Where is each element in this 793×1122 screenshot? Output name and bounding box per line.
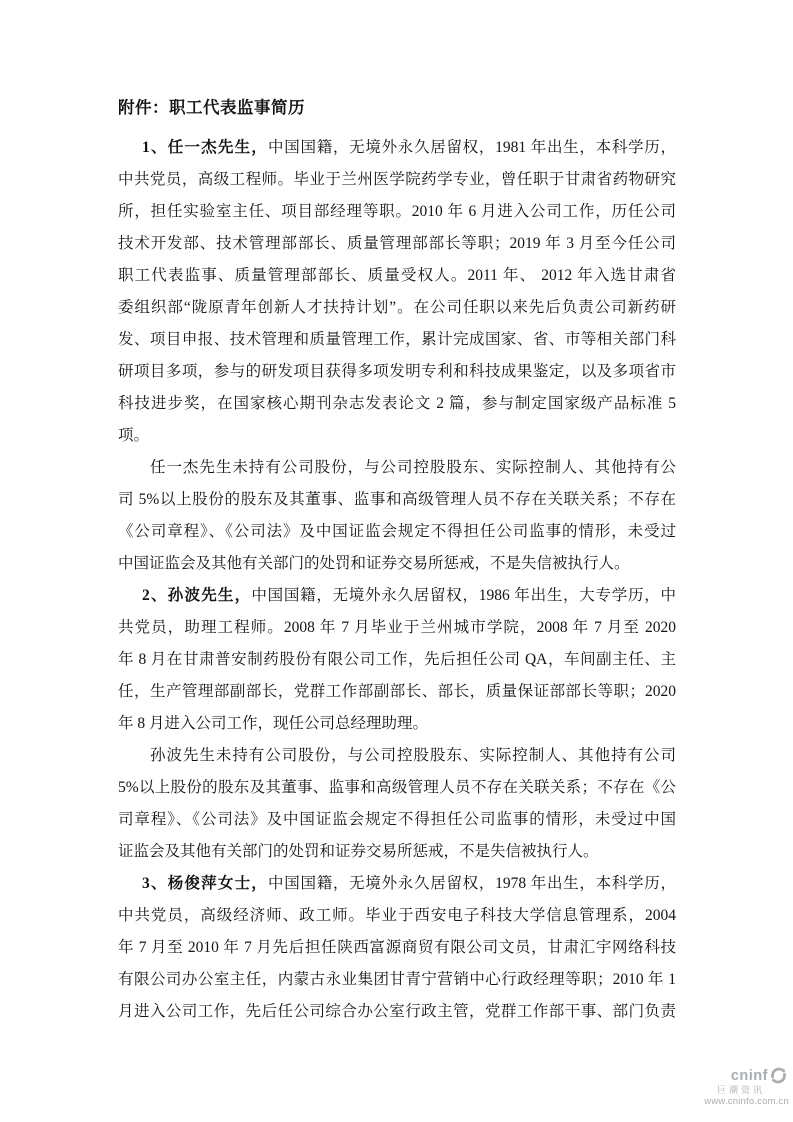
paragraph: 1、任一杰先生，中国国籍，无境外永久居留权，1981 年出生，本科学历，中共党员… [118,132,676,452]
cninfo-brand-name: 巨潮资讯 [717,1085,765,1096]
text-line: 《公司章程》、《公司法》及中国证监会规定不得担任公司监事的情形，未受过 [118,516,676,548]
text-line: 发、项目申报、技术管理和质量管理工作，累计完成国家、省、市等相关部门科 [118,324,676,356]
text-line: 中共党员，高级经济师、政工师。毕业于西安电子科技大学信息管理系，2004 [118,900,676,932]
title-gap [118,124,676,132]
text-line: 所，担任实验室主任、项目部经理等职。2010 年 6 月进入公司工作，历任公司 [118,196,676,228]
text-line: 司 5%以上股份的股东及其董事、监事和高级管理人员不存在关联关系；不存在 [118,484,676,516]
document-content: 附件：职工代表监事简历 1、任一杰先生，中国国籍，无境外永久居留权，1981 年… [118,92,676,1028]
person-name-lead: 3、杨俊萍女士， [142,875,268,892]
text-line: 任一杰先生未持有公司股份，与公司控股股东、实际控制人、其他持有公 [118,452,676,484]
text-line: 科技进步奖，在国家核心期刊杂志发表论文 2 篇，参与制定国家级产品标准 5 [118,388,676,420]
text-line: 委组织部“陇原青年创新人才扶持计划”。在公司任职以来先后负责公司新药研 [118,292,676,324]
text-line: 共党员，助理工程师。2008 年 7 月毕业于兰州城市学院，2008 年 7 月… [118,612,676,644]
person-name-lead: 1、任一杰先生， [142,139,268,156]
cninfo-url: www.cninfo.com.cn [704,1096,789,1108]
text-line: 证监会及其他有关部门的处罚和证券交易所惩戒，不是失信被执行人。 [118,836,676,868]
text-line: 2、孙波先生，中国国籍，无境外永久居留权，1986 年出生，大专学历，中 [118,580,676,612]
text-line: 中国证监会及其他有关部门的处罚和证券交易所惩戒，不是失信被执行人。 [118,548,676,580]
text-line: 3、杨俊萍女士，中国国籍，无境外永久居留权，1978 年出生，本科学历， [118,868,676,900]
cninfo-logo-text: cninf [731,1069,768,1083]
text-line: 职工代表监事、质量管理部部长、质量受权人。2011 年、 2012 年入选甘肃省 [118,260,676,292]
document-body: 1、任一杰先生，中国国籍，无境外永久居留权，1981 年出生，本科学历，中共党员… [118,132,676,1028]
swirl-icon [769,1066,788,1085]
text-line: 司章程》、《公司法》及中国证监会规定不得担任公司监事的情形，未受过中国 [118,804,676,836]
watermark: cninf 巨潮资讯 www.cninfo.com.cn [701,1066,789,1108]
page-title: 附件：职工代表监事简历 [118,92,676,124]
text-line: 年 8 月在甘肃普安制药股份有限公司工作，先后担任公司 QA，车间副主任、主 [118,644,676,676]
document-page: 附件：职工代表监事简历 1、任一杰先生，中国国籍，无境外永久居留权，1981 年… [0,0,793,1122]
text-line: 中共党员，高级工程师。毕业于兰州医学院药学专业，曾任职于甘肃省药物研究 [118,164,676,196]
person-name-lead: 2、孙波先生， [142,587,251,604]
text-line: 有限公司办公室主任，内蒙古永业集团甘青宁营销中心行政经理等职；2010 年 1 [118,964,676,996]
text-line: 年 8 月进入公司工作，现任公司总经理助理。 [118,708,676,740]
paragraph: 3、杨俊萍女士，中国国籍，无境外永久居留权，1978 年出生，本科学历，中共党员… [118,868,676,1028]
text-line: 任，生产管理部副部长，党群工作部副部长、部长，质量保证部部长等职；2020 [118,676,676,708]
text-line: 5%以上股份的股东及其董事、监事和高级管理人员不存在关联关系；不存在《公 [118,772,676,804]
text-line: 1、任一杰先生，中国国籍，无境外永久居留权，1981 年出生，本科学历， [118,132,676,164]
text-line: 年 7 月至 2010 年 7 月先后担任陕西富源商贸有限公司文员，甘肃汇宇网络… [118,932,676,964]
text-line: 孙波先生未持有公司股份，与公司控股股东、实际控制人、其他持有公司 [118,740,676,772]
text-line: 研项目多项，参与的研发项目获得多项发明专利和科技成果鉴定，以及多项省市 [118,356,676,388]
paragraph: 孙波先生未持有公司股份，与公司控股股东、实际控制人、其他持有公司5%以上股份的股… [118,740,676,868]
text-line: 技术开发部、技术管理部部长、质量管理部部长等职；2019 年 3 月至今任公司 [118,228,676,260]
text-line: 月进入公司工作，先后任公司综合办公室行政主管，党群工作部干事、部门负责 [118,996,676,1028]
cninfo-logo: cninf [731,1066,788,1085]
paragraph: 2、孙波先生，中国国籍，无境外永久居留权，1986 年出生，大专学历，中共党员，… [118,580,676,740]
paragraph: 任一杰先生未持有公司股份，与公司控股股东、实际控制人、其他持有公司 5%以上股份… [118,452,676,580]
text-line: 项。 [118,420,676,452]
